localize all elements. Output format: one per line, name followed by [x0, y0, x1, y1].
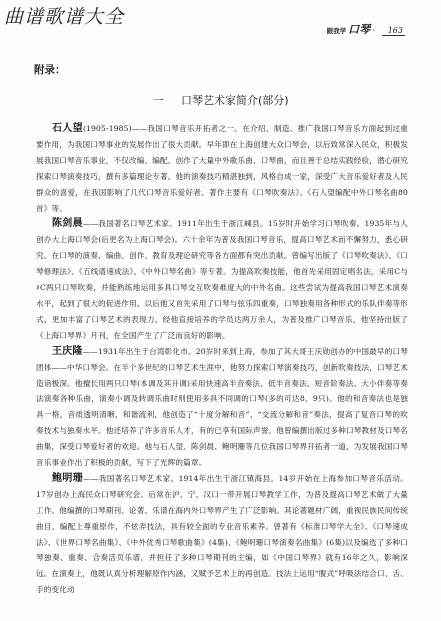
artist-name: 王庆隆 [52, 346, 83, 357]
appendix-label: 附录： [34, 62, 66, 77]
running-head-separator: · [372, 26, 375, 35]
biography-text: ——我国著名口琴艺术家。1914年出生于浙江镇海县。14岁开始在上海参加口琴音乐… [36, 474, 408, 594]
section-title-text: 口琴艺术家简介(部分) [181, 94, 289, 107]
page-content: 石人望(1905-1985)——我国口琴音乐开拓者之一。在介绍、制造、推广我国口… [36, 121, 408, 598]
artist-name: 石人望 [52, 123, 83, 134]
biography-entry: 石人望(1905-1985)——我国口琴音乐开拓者之一。在介绍、制造、推广我国口… [36, 121, 408, 216]
biography-entry: 王庆隆——1931年出生于台湾彰化市。20岁时来到上海，参加了其大哥王庆勋创办的… [36, 344, 408, 471]
page-number: 163 [382, 26, 405, 36]
section-number: 一 [152, 94, 163, 107]
section-title: 一 口琴艺术家简介(部分) [0, 92, 441, 108]
watermark: 曲谱歌谱大全 [4, 2, 124, 29]
biography-text: ——1931年出生于台湾彰化市。20岁时来到上海，参加了其大哥王庆勋创办的中国最… [36, 347, 408, 467]
artist-name: 鲍明珊 [52, 473, 83, 484]
running-head-book-label: 跟我学 [327, 26, 347, 35]
biography-entry: 陈剑晨——我国著名口琴艺术家。1911年出生于浙江嵊县。15岁时开始学习口琴吹奏… [36, 216, 408, 343]
biography-text: ——我国口琴音乐开拓者之一。在介绍、制造、推广我国口琴音乐方面起到过重要作用，为… [36, 124, 408, 213]
artist-name: 陈剑晨 [52, 218, 83, 229]
biography-text: ——我国著名口琴艺术家。1911年出生于浙江嵊县。15岁时开始学习口琴吹奏。19… [36, 219, 408, 339]
running-head-logo: 口琴 [348, 21, 370, 37]
artist-years: (1905-1985) [83, 124, 132, 133]
running-head: 跟我学 口琴 · 163 [327, 21, 405, 37]
biography-entry: 鲍明珊——我国著名口琴艺术家。1914年出生于浙江镇海县。14岁开始在上海参加口… [36, 471, 408, 598]
